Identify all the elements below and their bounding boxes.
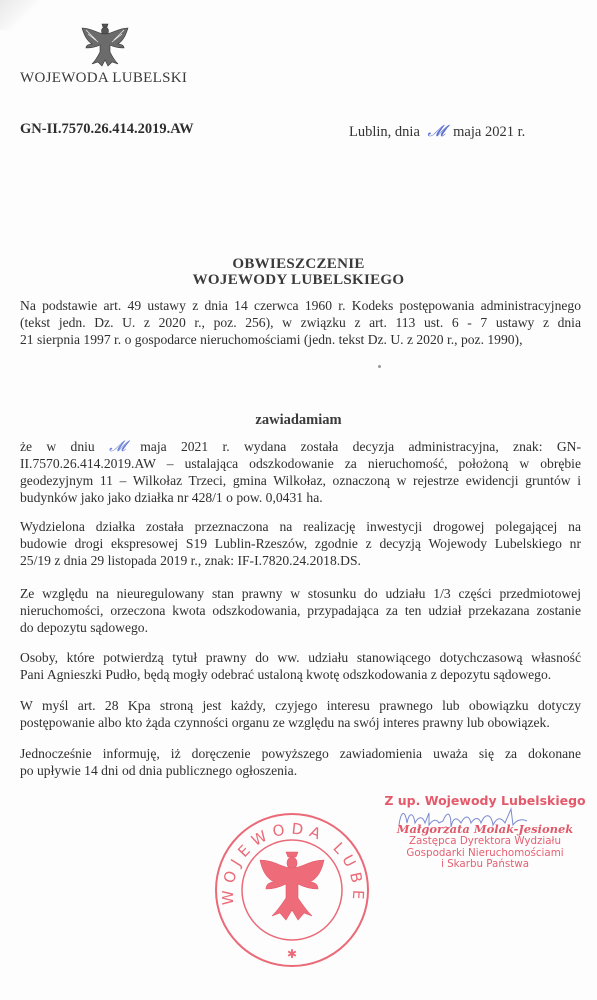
text-line: że w dniu 𝓜 maja 2021 r. wydana została … <box>20 438 581 455</box>
text-line: Pani Agnieszki Pudło, będą mogły odebrać… <box>20 666 581 683</box>
text-line: do depozytu sądowego. <box>20 619 581 636</box>
place-and-date: Lublin, dnia 𝓜 maja 2021 r. <box>349 121 525 141</box>
legal-basis-paragraph: Na podstawie art. 49 ustawy z dnia 14 cz… <box>20 297 581 348</box>
document-title-authority: WOJEWODY LUBELSKIEGO <box>0 272 597 289</box>
scan-speck <box>378 365 381 368</box>
text-line: Wydzielona działka została przeznaczona … <box>20 518 581 535</box>
text-line: budowie drogi ekspresowej S19 Lublin-Rze… <box>20 535 581 552</box>
handwritten-day: 𝓜 <box>424 121 450 141</box>
handwritten-day: 𝓜 <box>109 437 126 455</box>
decision-date-suffix: maja 2021 r. wydana została decyzja admi… <box>140 439 581 454</box>
deposit-paragraph: Ze względu na nieuregulowany stan prawny… <box>20 585 581 636</box>
text-line: (tekst jedn. Dz. U. z 2020 r., poz. 256)… <box>20 314 581 331</box>
text-line: 21 sierpnia 1997 r. o gospodarce nieruch… <box>20 331 581 348</box>
text-line: nieruchomości, orzeczona kwota odszkodow… <box>20 602 581 619</box>
text-line: geodezyjnym 11 – Wilkołaz Trzeci, gmina … <box>20 472 581 489</box>
text-line: budynków jako jako działka nr 428/1 o po… <box>20 489 581 506</box>
handwritten-signature <box>395 805 545 833</box>
star-icon: ✱ <box>287 947 297 961</box>
issuer-name: WOJEWODA LUBELSKI <box>20 70 187 87</box>
signatory-role-1: Zastępca Dyrektora Wydziału <box>380 836 590 848</box>
reference-number: GN-II.7570.26.414.2019.AW <box>20 121 194 138</box>
text-line: postępowanie albo kto żąda czynności org… <box>20 714 581 731</box>
page-corner-fold <box>0 0 40 30</box>
eagle-seal-icon <box>260 852 324 920</box>
text-line: po upływie 14 dni od dnia publicznego og… <box>20 762 581 779</box>
text-line: Ze względu na nieuregulowany stan prawny… <box>20 585 581 602</box>
signatory-role-3: i Skarbu Państwa <box>380 859 590 871</box>
delivery-paragraph: Jednocześnie informuję, iż doręczenie po… <box>20 745 581 779</box>
text-line: Jednocześnie informuję, iż doręczenie po… <box>20 745 581 762</box>
decision-paragraph: że w dniu 𝓜 maja 2021 r. wydana została … <box>20 438 581 506</box>
party-definition-paragraph: W myśl art. 28 Kpa stroną jest każdy, cz… <box>20 697 581 731</box>
text-line: 25/19 z dnia 29 listopada 2019 r., znak:… <box>20 552 581 569</box>
polish-eagle-emblem-icon <box>78 20 132 70</box>
decision-date-prefix: że w dniu <box>20 439 95 454</box>
document-title: OBWIESZCZENIE <box>0 256 597 273</box>
text-line: Osoby, które potwierdzą tytuł prawny do … <box>20 649 581 666</box>
notification-heading: zawiadamiam <box>0 412 597 429</box>
official-round-stamp: WOJEWODA LUBELSKI ✱ <box>212 810 372 970</box>
text-line: II.7570.26.414.2019.AW – ustalająca odsz… <box>20 455 581 472</box>
investment-paragraph: Wydzielona działka została przeznaczona … <box>20 518 581 569</box>
text-line: Na podstawie art. 49 ustawy z dnia 14 cz… <box>20 297 581 314</box>
text-line: W myśl art. 28 Kpa stroną jest każdy, cz… <box>20 697 581 714</box>
claimants-paragraph: Osoby, które potwierdzą tytuł prawny do … <box>20 649 581 683</box>
place-prefix: Lublin, dnia <box>349 124 420 140</box>
document-page: WOJEWODA LUBELSKI GN-II.7570.26.414.2019… <box>0 0 597 1000</box>
date-suffix: maja 2021 r. <box>453 124 525 140</box>
